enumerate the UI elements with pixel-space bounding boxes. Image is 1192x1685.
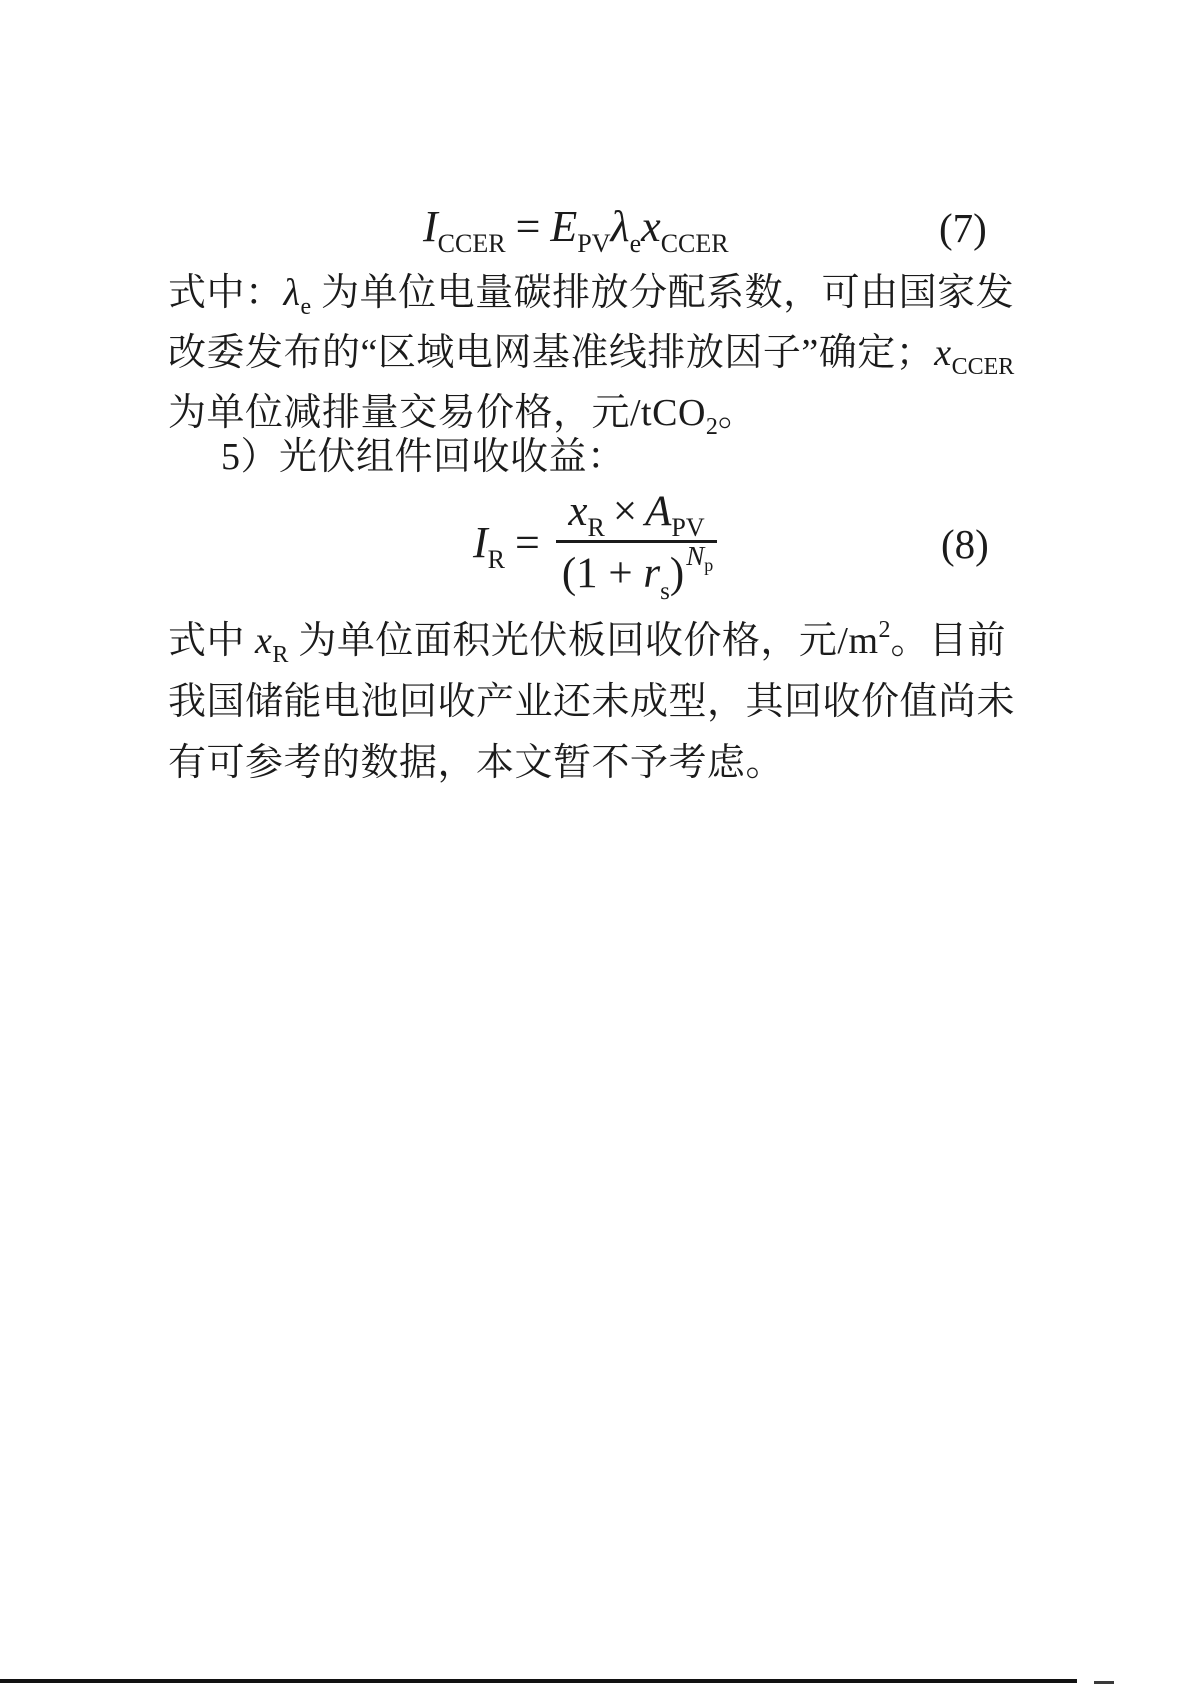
text-run: 5）光伏组件回收收益： [221, 436, 626, 478]
sub-e: e [630, 229, 642, 258]
paragraph-line: 式中 xR 为单位面积光伏板回收价格，元/m2。目前 [168, 611, 1015, 672]
var-x: x [255, 620, 272, 662]
equals-sign: = [505, 521, 550, 565]
var-N: N [686, 541, 704, 571]
page-bottom-rule [0, 1679, 1077, 1683]
sub-CCER: CCER [952, 354, 1015, 380]
sub-2: 2 [706, 414, 718, 440]
den-close: ) [670, 550, 684, 597]
text-run: 我国储能电池回收产业还未成型，其回收价值尚未 [168, 681, 1015, 723]
var-x: x [568, 488, 587, 535]
sub-R: R [488, 545, 505, 574]
text-run: 为单位电量碳排放分配系数，可由国家发 [321, 272, 1014, 314]
times-sign: × [605, 488, 645, 535]
paragraph-line: 5）光伏组件回收收益： [221, 427, 626, 487]
paragraph-line: 有可参考的数据，本文暂不予考虑。 [168, 733, 1015, 794]
paragraph-eq7-explanation: 式中：λe 为单位电量碳排放分配系数，可由国家发 改委发布的“区域电网基准线排放… [168, 263, 1014, 443]
equation-7: ICCER=EPVλexCCER [423, 205, 729, 249]
sub-e: e [300, 294, 311, 320]
text-run: 。 [718, 392, 757, 434]
var-I: I [473, 518, 488, 567]
var-lambda: λ [284, 272, 301, 314]
document-page: ICCER=EPVλexCCER (7) 式中：λe 为单位电量碳排放分配系数，… [0, 0, 1192, 1685]
sub-PV: PV [671, 513, 704, 542]
den-open: (1 + [562, 550, 644, 597]
fraction-denominator: (1 + rs)Np [556, 540, 717, 595]
paragraph-eq8-explanation: 式中 xR 为单位面积光伏板回收价格，元/m2。目前 我国储能电池回收产业还未成… [168, 611, 1015, 794]
paragraph-line: 改委发布的“区域电网基准线排放因子”确定；xCCER [168, 323, 1014, 383]
eq8-lhs: IR [473, 521, 505, 565]
equation-8: IR = xR×APV (1 + rs)Np [473, 490, 717, 595]
equation-7-number: (7) [939, 208, 987, 249]
text-run: 改委发布的“区域电网基准线排放因子”确定； [168, 332, 934, 374]
text-run: 为单位面积光伏板回收价格，元/m [288, 620, 878, 662]
var-I: I [423, 202, 438, 251]
var-E: E [550, 202, 577, 251]
var-lambda: λ [611, 202, 630, 251]
sub-p: p [704, 555, 713, 575]
fraction: xR×APV (1 + rs)Np [556, 490, 717, 595]
sub-R: R [272, 642, 288, 668]
sub-s: s [660, 578, 670, 605]
var-A: A [645, 488, 671, 535]
equation-8-number: (8) [941, 524, 989, 565]
list-item-5-heading: 5）光伏组件回收收益： [221, 427, 626, 487]
sub-PV: PV [577, 229, 610, 258]
text-run: 有可参考的数据，本文暂不予考虑。 [168, 742, 784, 784]
text-run: 式中： [168, 272, 284, 314]
text-run: 。目前 [891, 620, 1007, 662]
sub-CCER: CCER [438, 229, 506, 258]
fraction-numerator: xR×APV [558, 490, 714, 540]
sub-CCER: CCER [661, 229, 729, 258]
paragraph-line: 我国储能电池回收产业还未成型，其回收价值尚未 [168, 672, 1015, 733]
exponent-Np: Np [686, 543, 713, 570]
sub-R: R [588, 513, 605, 542]
sup-2: 2 [879, 617, 891, 643]
var-x: x [934, 332, 951, 374]
paragraph-line: 式中：λe 为单位电量碳排放分配系数，可由国家发 [168, 263, 1014, 323]
var-x: x [641, 202, 661, 251]
page-bottom-mark [1094, 1681, 1114, 1684]
var-r: r [643, 550, 660, 597]
equals-sign: = [506, 202, 551, 251]
text-run: 式中 [168, 620, 255, 662]
